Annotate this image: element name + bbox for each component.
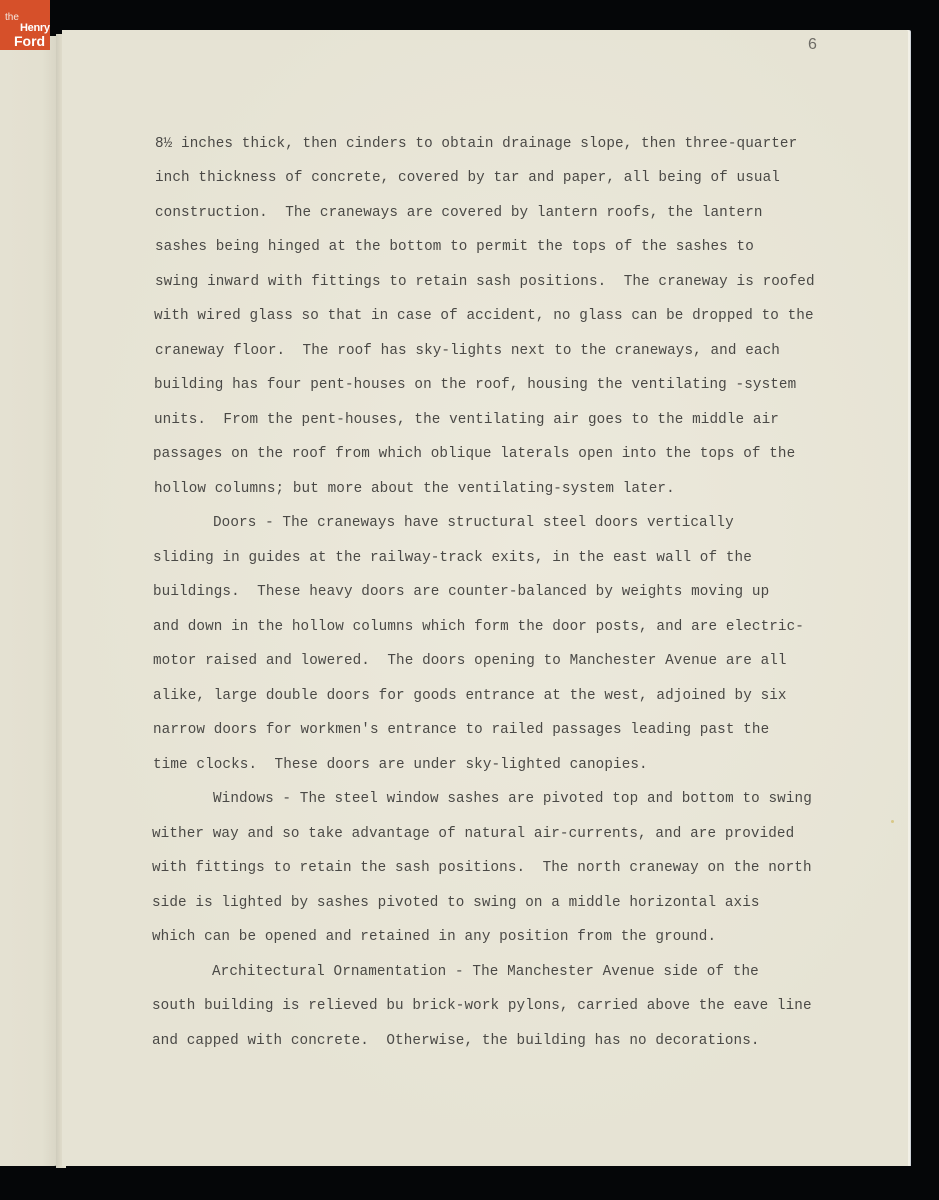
text-line: units. From the pent-houses, the ventila…: [154, 412, 779, 428]
text-line: and down in the hollow columns which for…: [153, 619, 804, 635]
paragraph-heading-architectural-ornamentation: Architectural Ornamentation - The Manche…: [212, 964, 759, 980]
text-line: with wired glass so that in case of acci…: [154, 308, 814, 324]
logo-the: the: [5, 13, 19, 23]
left-facing-page: [0, 36, 60, 1166]
text-line: 8½ inches thick, then cinders to obtain …: [155, 136, 797, 152]
henry-ford-logo: the Henry Ford: [0, 0, 50, 50]
text-line: construction. The craneways are covered …: [155, 205, 763, 221]
text-line: narrow doors for workmen's entrance to r…: [153, 722, 769, 738]
text-line: south building is relieved bu brick-work…: [152, 998, 812, 1014]
text-line: motor raised and lowered. The doors open…: [153, 653, 787, 669]
text-line: sliding in guides at the railway-track e…: [153, 550, 752, 566]
text-line: side is lighted by sashes pivoted to swi…: [152, 895, 760, 911]
text-line: passages on the roof from which oblique …: [153, 446, 795, 462]
text-line: sashes being hinged at the bottom to per…: [155, 239, 754, 255]
logo-ford: Ford: [14, 34, 45, 48]
text-line: and capped with concrete. Otherwise, the…: [152, 1033, 760, 1049]
text-line: buildings. These heavy doors are counter…: [153, 584, 769, 600]
page-number: 6: [808, 36, 817, 54]
text-line: alike, large double doors for goods entr…: [153, 688, 787, 704]
text-line: wither way and so take advantage of natu…: [152, 826, 794, 842]
text-line: craneway floor. The roof has sky-lights …: [155, 343, 780, 359]
text-line: building has four pent-houses on the roo…: [154, 377, 796, 393]
paragraph-heading-doors: Doors - The craneways have structural st…: [213, 515, 734, 531]
paragraph-heading-windows: Windows - The steel window sashes are pi…: [213, 791, 812, 807]
text-line: with fittings to retain the sash positio…: [152, 860, 812, 876]
paper-speck: [891, 820, 894, 823]
text-line: time clocks. These doors are under sky-l…: [153, 757, 648, 773]
text-line: hollow columns; but more about the venti…: [154, 481, 675, 497]
text-line: inch thickness of concrete, covered by t…: [155, 170, 780, 186]
text-line: swing inward with fittings to retain sas…: [155, 274, 815, 290]
text-line: which can be opened and retained in any …: [152, 929, 716, 945]
